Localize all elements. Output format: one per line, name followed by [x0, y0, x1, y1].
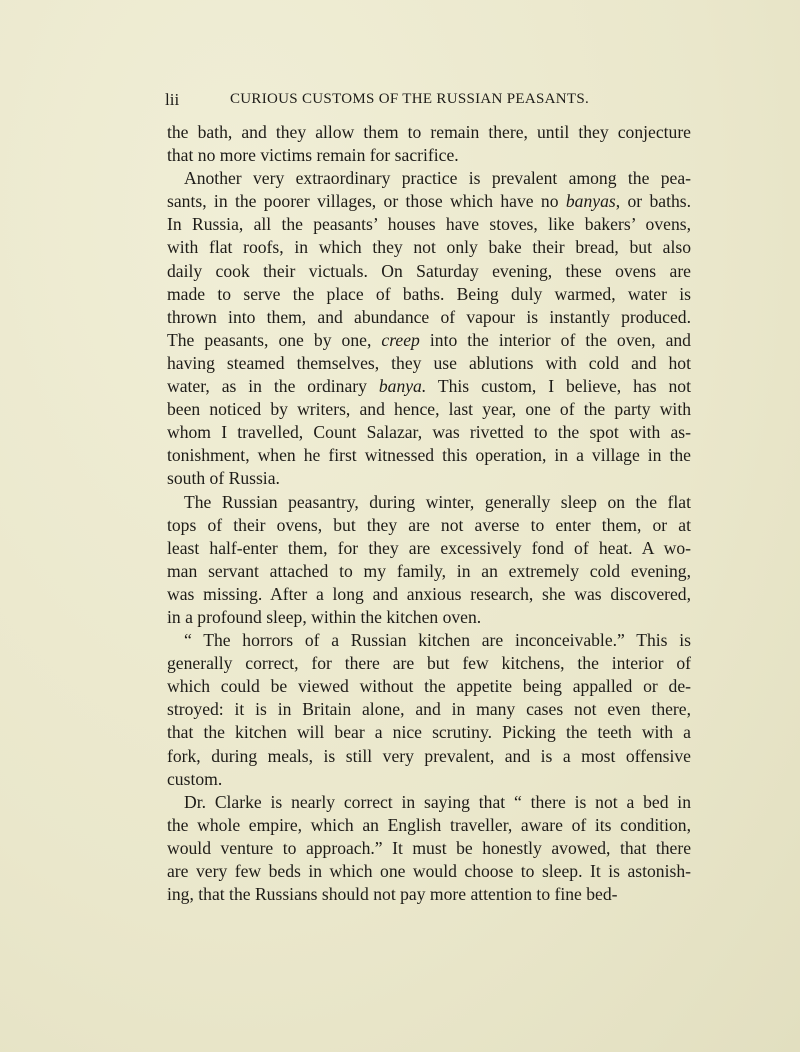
text-line: ing, that the Russians should not pay mo…: [167, 883, 691, 906]
text-line: was missing. After a long and anxious re…: [167, 583, 691, 606]
text-line: having steamed themselves, they use ablu…: [167, 352, 691, 375]
text-line: thrown into them, and abundance of vapou…: [167, 306, 691, 329]
text-line: custom.: [167, 768, 691, 791]
text-line: in a profound sleep, within the kitchen …: [167, 606, 691, 629]
paragraph: Another very extraordinary practice is p…: [167, 167, 691, 490]
italic-term: creep: [381, 330, 419, 350]
page-number: lii: [165, 90, 179, 110]
paragraph: “ The horrors of a Russian kitchen are i…: [167, 629, 691, 791]
italic-term: banya.: [379, 376, 426, 396]
text-line: sants, in the poorer villages, or those …: [167, 190, 691, 213]
text-line: tonishment, when he first witnessed this…: [167, 444, 691, 467]
text-line: “ The horrors of a Russian kitchen are i…: [167, 629, 691, 652]
text-line: Dr. Clarke is nearly correct in saying t…: [167, 791, 691, 814]
italic-term: banyas: [566, 191, 616, 211]
text-line: that the kitchen will bear a nice scruti…: [167, 721, 691, 744]
text-line: the whole empire, which an English trave…: [167, 814, 691, 837]
text-line: been noticed by writers, and hence, last…: [167, 398, 691, 421]
text-line: generally correct, for there are but few…: [167, 652, 691, 675]
running-head: lii CURIOUS CUSTOMS OF THE RUSSIAN PEASA…: [167, 88, 691, 112]
text-line: the bath, and they allow them to remain …: [167, 121, 691, 144]
text-line: south of Russia.: [167, 467, 691, 490]
text-line: with flat roofs, in which they not only …: [167, 236, 691, 259]
text-line: water, as in the ordinary banya. This cu…: [167, 375, 691, 398]
text-line: man servant attached to my family, in an…: [167, 560, 691, 583]
text-line: would venture to approach.” It must be h…: [167, 837, 691, 860]
book-page: lii CURIOUS CUSTOMS OF THE RUSSIAN PEASA…: [167, 88, 691, 906]
running-title: CURIOUS CUSTOMS OF THE RUSSIAN PEASANTS.: [230, 91, 589, 108]
text-line: The peasants, one by one, creep into the…: [167, 329, 691, 352]
paragraph: the bath, and they allow them to remain …: [167, 121, 691, 167]
text-line: In Russia, all the peasants’ houses have…: [167, 213, 691, 236]
text-line: that no more victims remain for sacrific…: [167, 144, 691, 167]
paragraph: Dr. Clarke is nearly correct in saying t…: [167, 791, 691, 906]
text-line: daily cook their victuals. On Saturday e…: [167, 260, 691, 283]
text-line: whom I travelled, Count Salazar, was riv…: [167, 421, 691, 444]
text-line: tops of their ovens, but they are not av…: [167, 514, 691, 537]
text-line: which could be viewed without the appeti…: [167, 675, 691, 698]
text-line: The Russian peasantry, during winter, ge…: [167, 491, 691, 514]
text-line: made to serve the place of baths. Being …: [167, 283, 691, 306]
body-text: the bath, and they allow them to remain …: [167, 121, 691, 906]
paragraph: The Russian peasantry, during winter, ge…: [167, 491, 691, 630]
text-line: Another very extraordinary practice is p…: [167, 167, 691, 190]
text-line: least half-enter them, for they are exce…: [167, 537, 691, 560]
text-line: fork, during meals, is still very preval…: [167, 745, 691, 768]
text-line: stroyed: it is in Britain alone, and in …: [167, 698, 691, 721]
text-line: are very few beds in which one would cho…: [167, 860, 691, 883]
